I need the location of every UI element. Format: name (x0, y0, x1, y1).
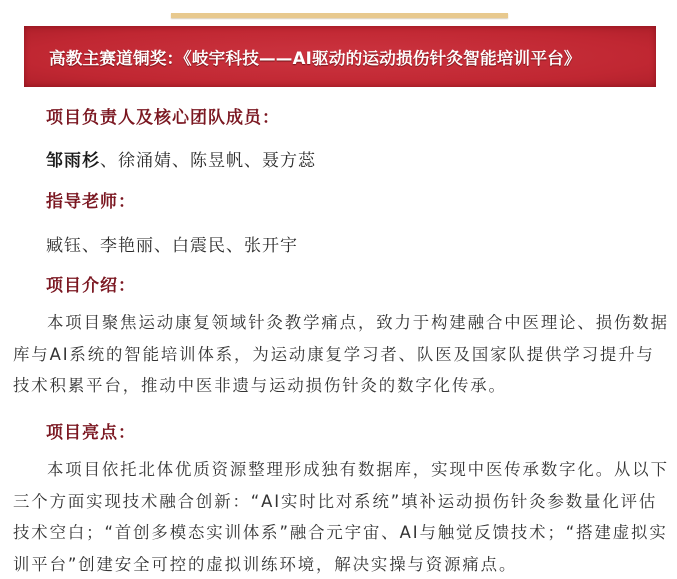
banner-title: 高教主赛道铜奖：《岐宇科技——AI驱动的运动损伤针灸智能培训平台》 (49, 45, 581, 69)
decorative-gold-bar (171, 13, 508, 18)
team-lead-name: 邹雨杉 (46, 151, 100, 171)
highlights-heading: 项目亮点： (46, 418, 136, 443)
team-members: 邹雨杉、徐涌婧、陈昱帆、聂方蕊 (46, 146, 316, 171)
advisors-heading: 指导老师： (46, 187, 136, 212)
advisor-names: 臧钰、李艳丽、白震民、张开宇 (46, 231, 298, 256)
team-other-names: 、徐涌婧、陈昱帆、聂方蕊 (100, 151, 316, 171)
intro-paragraph: 本项目聚焦运动康复领域针灸教学痛点，致力于构建融合中医理论、损伤数据库与AI系统… (13, 307, 673, 402)
team-heading: 项目负责人及核心团队成员： (46, 103, 280, 128)
intro-heading: 项目介绍： (46, 271, 136, 296)
highlights-paragraph: 本项目依托北体优质资源整理形成独有数据库，实现中医传承数字化。从以下三个方面实现… (13, 454, 673, 579)
award-banner: 高教主赛道铜奖：《岐宇科技——AI驱动的运动损伤针灸智能培训平台》 (24, 26, 656, 87)
